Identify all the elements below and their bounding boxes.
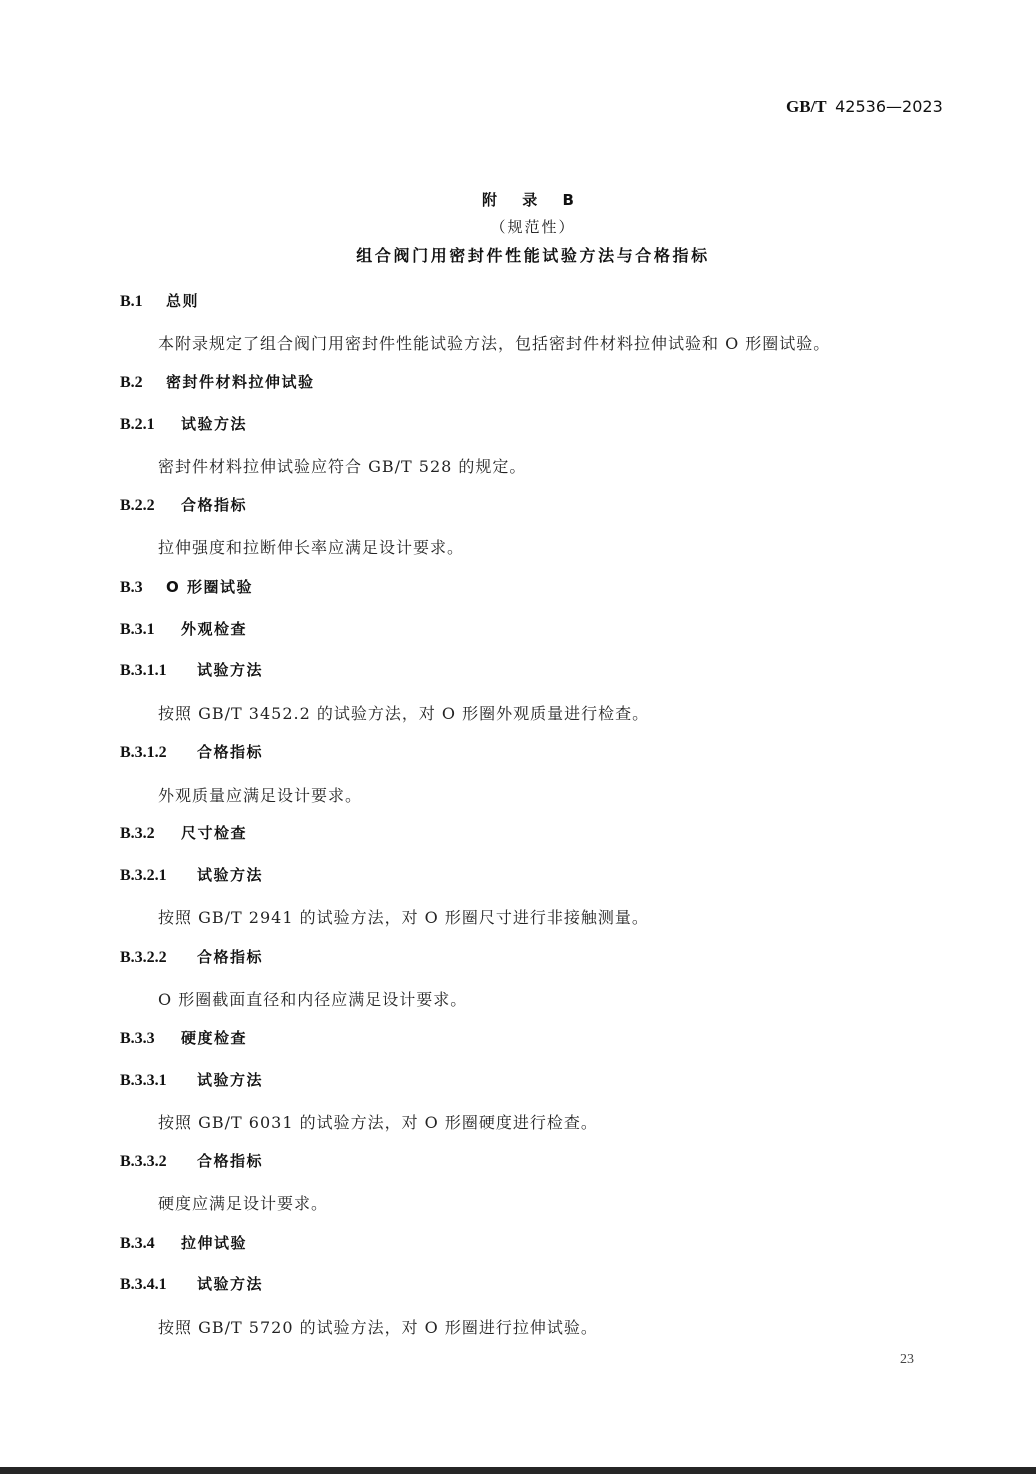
section-title: 试验方法 bbox=[197, 1071, 263, 1089]
section-number: B.3.2.2 bbox=[120, 949, 197, 967]
section-number: B.3.2.1 bbox=[120, 867, 197, 885]
section-title: 合格指标 bbox=[197, 743, 263, 761]
section-heading: B.3.3.2合格指标 bbox=[120, 1150, 263, 1171]
section-heading: B.2.2合格指标 bbox=[120, 494, 247, 515]
section-number: B.2.1 bbox=[120, 416, 181, 434]
section-heading: B.3.3.1试验方法 bbox=[120, 1069, 263, 1090]
section-number: B.3 bbox=[120, 579, 166, 597]
section-title: 硬度检查 bbox=[181, 1029, 247, 1047]
section-number: B.3.3.1 bbox=[120, 1072, 197, 1090]
section-title: 试验方法 bbox=[197, 1275, 263, 1293]
section-number: B.2 bbox=[120, 374, 166, 392]
section-title: 拉伸试验 bbox=[181, 1234, 247, 1252]
section-title: 尺寸检查 bbox=[181, 824, 247, 842]
paragraph: 按照 GB/T 5720 的试验方法，对 O 形圈进行拉伸试验。 bbox=[158, 1315, 598, 1338]
section-heading: B.1总则 bbox=[120, 290, 199, 311]
section-heading: B.3.2尺寸检查 bbox=[120, 822, 247, 843]
section-heading: B.3.1外观检查 bbox=[120, 618, 247, 639]
section-heading: B.3.2.2合格指标 bbox=[120, 946, 263, 967]
section-heading: B.3O 形圈试验 bbox=[120, 576, 253, 597]
section-title: 合格指标 bbox=[181, 496, 247, 514]
section-heading: B.3.1.2合格指标 bbox=[120, 741, 263, 762]
section-heading: B.3.2.1试验方法 bbox=[120, 864, 263, 885]
section-title: 密封件材料拉伸试验 bbox=[166, 373, 315, 391]
section-number: B.3.1.1 bbox=[120, 662, 197, 680]
section-number: B.3.1 bbox=[120, 621, 181, 639]
standard-id: 42536—2023 bbox=[835, 97, 943, 116]
section-title: O 形圈试验 bbox=[166, 578, 253, 596]
section-title: 试验方法 bbox=[181, 415, 247, 433]
paragraph: 本附录规定了组合阀门用密封件性能试验方法，包括密封件材料拉伸试验和 O 形圈试验… bbox=[158, 331, 830, 354]
section-title: 总则 bbox=[166, 292, 199, 310]
section-number: B.2.2 bbox=[120, 497, 181, 515]
paragraph: O 形圈截面直径和内径应满足设计要求。 bbox=[158, 987, 467, 1010]
section-number: B.1 bbox=[120, 293, 166, 311]
page-number: 23 bbox=[900, 1352, 914, 1368]
section-number: B.3.2 bbox=[120, 825, 181, 843]
section-number: B.3.4.1 bbox=[120, 1276, 197, 1294]
paragraph: 硬度应满足设计要求。 bbox=[158, 1191, 328, 1214]
section-heading: B.3.4拉伸试验 bbox=[120, 1232, 247, 1253]
annex-label: 附 录 B bbox=[0, 189, 1036, 210]
annex-type: （规范性） bbox=[0, 216, 1036, 237]
viewer-bottom-bar bbox=[0, 1467, 1036, 1474]
standard-number: GB/T 42536—2023 bbox=[786, 97, 943, 117]
section-number: B.3.4 bbox=[120, 1235, 181, 1253]
paragraph: 按照 GB/T 3452.2 的试验方法，对 O 形圈外观质量进行检查。 bbox=[158, 701, 649, 724]
paragraph: 外观质量应满足设计要求。 bbox=[158, 783, 362, 806]
section-number: B.3.3.2 bbox=[120, 1153, 197, 1171]
section-heading: B.2密封件材料拉伸试验 bbox=[120, 371, 315, 392]
section-title: 合格指标 bbox=[197, 948, 263, 966]
section-title: 合格指标 bbox=[197, 1152, 263, 1170]
section-heading: B.2.1试验方法 bbox=[120, 413, 247, 434]
paragraph: 拉伸强度和拉断伸长率应满足设计要求。 bbox=[158, 535, 464, 558]
section-title: 外观检查 bbox=[181, 620, 247, 638]
paragraph: 密封件材料拉伸试验应符合 GB/T 528 的规定。 bbox=[158, 454, 526, 477]
standard-code: GB/T bbox=[786, 97, 827, 116]
section-heading: B.3.3硬度检查 bbox=[120, 1027, 247, 1048]
section-title: 试验方法 bbox=[197, 866, 263, 884]
section-heading: B.3.1.1试验方法 bbox=[120, 659, 263, 680]
section-number: B.3.3 bbox=[120, 1030, 181, 1048]
paragraph: 按照 GB/T 2941 的试验方法，对 O 形圈尺寸进行非接触测量。 bbox=[158, 905, 649, 928]
section-heading: B.3.4.1试验方法 bbox=[120, 1273, 263, 1294]
section-title: 试验方法 bbox=[197, 661, 263, 679]
annex-title: 组合阀门用密封件性能试验方法与合格指标 bbox=[0, 243, 1036, 266]
paragraph: 按照 GB/T 6031 的试验方法，对 O 形圈硬度进行检查。 bbox=[158, 1110, 598, 1133]
section-number: B.3.1.2 bbox=[120, 744, 197, 762]
